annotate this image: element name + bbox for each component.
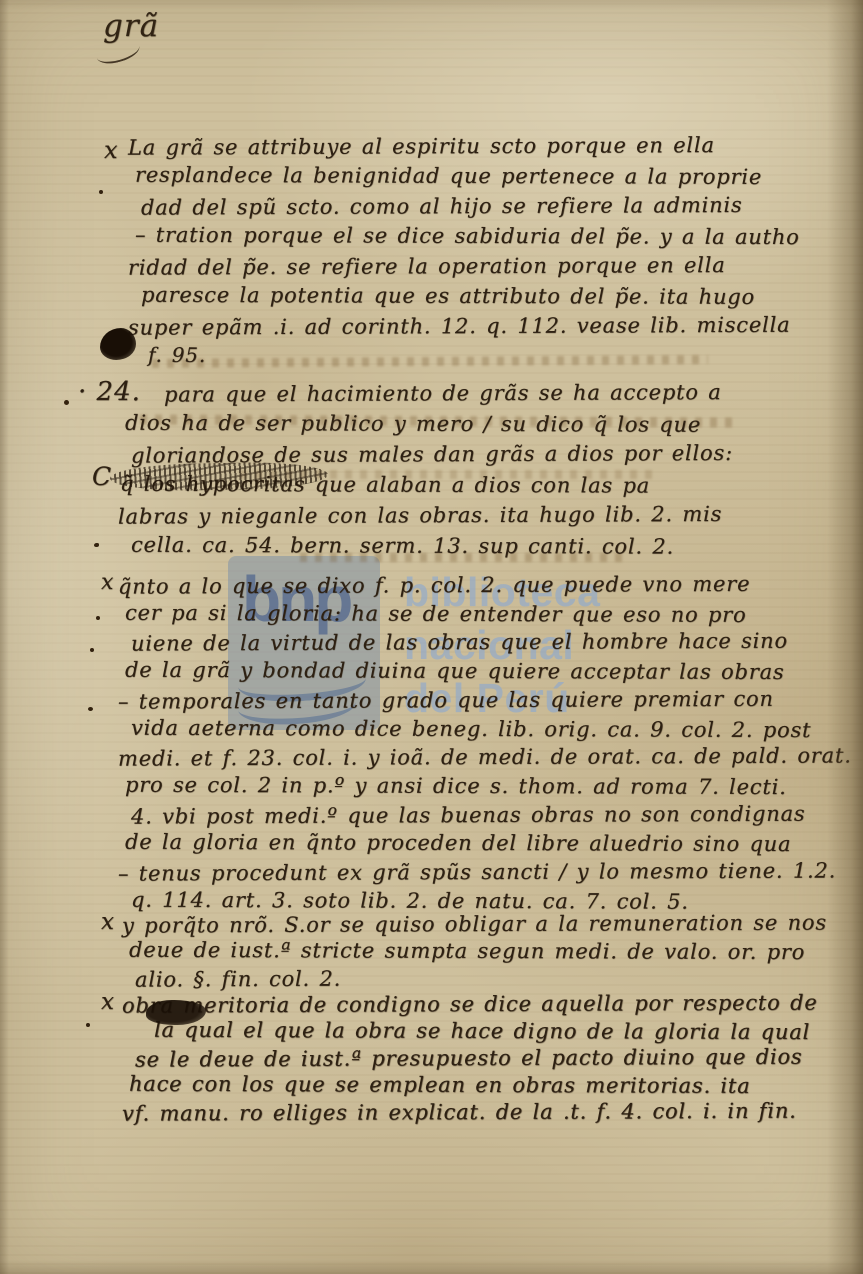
manuscript-line: deue de iust.ª stricte sumpta segun medi… (129, 937, 863, 967)
paragraph-4: y porq̃to nrõ. S.or se quiso obligar a l… (122, 911, 863, 992)
manuscript-line: de la grã y bondad diuina que quiere acc… (125, 656, 860, 687)
paragraph-1: La grã se attribuye al espiritu scto por… (128, 131, 863, 371)
manuscript-line: de la gloria en q̃nto proceden del libre… (125, 828, 860, 859)
ink-speck (94, 543, 99, 547)
paragraph-mark: x (104, 136, 118, 164)
manuscript-line: medi. et f. 23. col. i. y ioã. de medi. … (118, 742, 860, 774)
heading-flourish (94, 36, 142, 67)
manuscript-line: dad del spũ scto. como al hijo se refier… (141, 189, 863, 222)
manuscript-line: vf. manu. ro elliges in explicat. de la … (122, 1097, 863, 1127)
manuscript-line: uiene de la virtud de las obras que el h… (131, 627, 860, 659)
manuscript-line: q̃nto a lo que se dixo f. p. col. 2. que… (118, 569, 860, 601)
ink-speck (86, 1023, 90, 1027)
margin-letter: C (92, 462, 111, 491)
manuscript-line: – tration porque el se dice sabiduria de… (135, 220, 863, 253)
manuscript-line: super epãm .i. ad corinth. 12. q. 112. v… (128, 309, 863, 342)
manuscript-line: obra meritoria de condigno se dice aquel… (122, 989, 863, 1019)
paragraph-3: q̃nto a lo que se dixo f. p. col. 2. que… (118, 571, 860, 915)
paragraph-5: obra meritoria de condigno se dice aquel… (122, 991, 863, 1126)
paragraph-mark: x (101, 989, 114, 1015)
paragraph-mark: x (101, 909, 114, 935)
manuscript-line: la qual el que la obra se hace digno de … (154, 1017, 863, 1046)
manuscript-line: cer pa si la gloria: ha se de entender q… (125, 598, 860, 629)
manuscript-line: ridad del p̃e. se refiere la operation p… (128, 249, 863, 282)
manuscript-line: cella. ca. 54. bern. serm. 13. sup canti… (131, 529, 860, 562)
manuscript-line: para que el hacimiento de grãs se ha acc… (164, 376, 860, 410)
manuscript-line: labras y nieganle con las obras. ita hug… (118, 498, 860, 532)
ink-speck (96, 616, 100, 620)
manuscript-line: – tenus procedunt ex grã spũs sancti / y… (118, 856, 860, 888)
manuscript-line: dios ha de ser publico y mero / su dico … (125, 407, 860, 440)
ink-speck (90, 648, 94, 652)
manuscript-line: y porq̃to nrõ. S.or se quiso obligar a l… (122, 909, 863, 939)
manuscript-line: resplandece la benignidad que pertenece … (135, 160, 863, 193)
ink-speck (99, 190, 103, 194)
manuscript-line: f. 95. (148, 340, 863, 373)
manuscript-page: bnp biblioteca nacional del Perú grã x ·… (0, 0, 863, 1274)
manuscript-line: 4. vbi post medi.º que las buenas obras … (131, 799, 860, 831)
manuscript-line: paresce la potentia que es attributo del… (141, 280, 863, 313)
manuscript-line: – temporales en tanto grado que las quie… (118, 684, 860, 716)
manuscript-line: hace con los que se emplean en obras mer… (129, 1071, 863, 1101)
paragraph-mark: x (101, 570, 113, 595)
manuscript-line: La grã se attribuye al espiritu scto por… (128, 129, 863, 162)
manuscript-line: vida aeterna como dice beneg. lib. orig.… (131, 713, 860, 744)
ink-speck (64, 400, 69, 405)
manuscript-line: se le deue de iust.ª presupuesto el pact… (135, 1043, 863, 1073)
ink-speck (88, 707, 93, 711)
manuscript-line: pro se col. 2 in p.º y ansi dice s. thom… (125, 771, 860, 802)
